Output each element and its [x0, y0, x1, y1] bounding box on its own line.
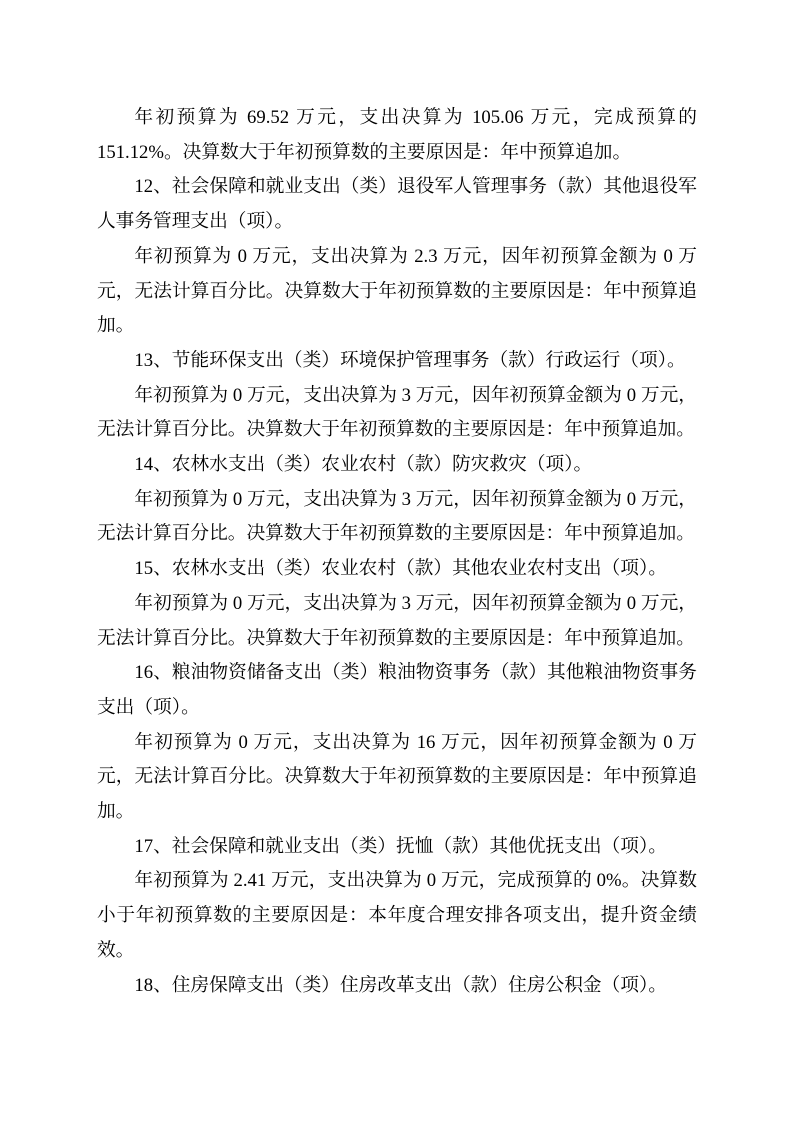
paragraph-item-14-budget-detail: 年初预算为 0 万元，支出决算为 3 万元，因年初预算金额为 0 万元，无法计算…: [97, 483, 697, 552]
paragraph-item-16-title: 16、粮油物资储备支出（类）粮油物资事务（款）其他粮油物资事务支出（项）。: [97, 656, 697, 725]
paragraph-item-14-title: 14、农林水支出（类）农业农村（款）防灾救灾（项）。: [97, 448, 697, 483]
document-page: 年初预算为 69.52 万元，支出决算为 105.06 万元，完成预算的 151…: [0, 0, 793, 1122]
paragraph-item-11-budget-detail: 年初预算为 69.52 万元，支出决算为 105.06 万元，完成预算的 151…: [97, 101, 697, 170]
paragraph-item-16-budget-detail: 年初预算为 0 万元，支出决算为 16 万元，因年初预算金额为 0 万元，无法计…: [97, 726, 697, 830]
paragraph-item-13-budget-detail: 年初预算为 0 万元，支出决算为 3 万元，因年初预算金额为 0 万元，无法计算…: [97, 379, 697, 448]
paragraph-item-12-budget-detail: 年初预算为 0 万元，支出决算为 2.3 万元，因年初预算金额为 0 万元，无法…: [97, 240, 697, 344]
paragraph-item-13-title: 13、节能环保支出（类）环境保护管理事务（款）行政运行（项）。: [97, 344, 697, 379]
paragraph-item-17-budget-detail: 年初预算为 2.41 万元，支出决算为 0 万元，完成预算的 0%。决算数小于年…: [97, 864, 697, 968]
paragraph-item-17-title: 17、社会保障和就业支出（类）抚恤（款）其他优抚支出（项）。: [97, 830, 697, 865]
paragraph-item-15-title: 15、农林水支出（类）农业农村（款）其他农业农村支出（项）。: [97, 552, 697, 587]
paragraph-item-15-budget-detail: 年初预算为 0 万元，支出决算为 3 万元，因年初预算金额为 0 万元，无法计算…: [97, 587, 697, 656]
paragraph-item-18-title: 18、住房保障支出（类）住房改革支出（款）住房公积金（项）。: [97, 969, 697, 1004]
paragraph-item-12-title: 12、社会保障和就业支出（类）退役军人管理事务（款）其他退役军人事务管理支出（项…: [97, 170, 697, 239]
